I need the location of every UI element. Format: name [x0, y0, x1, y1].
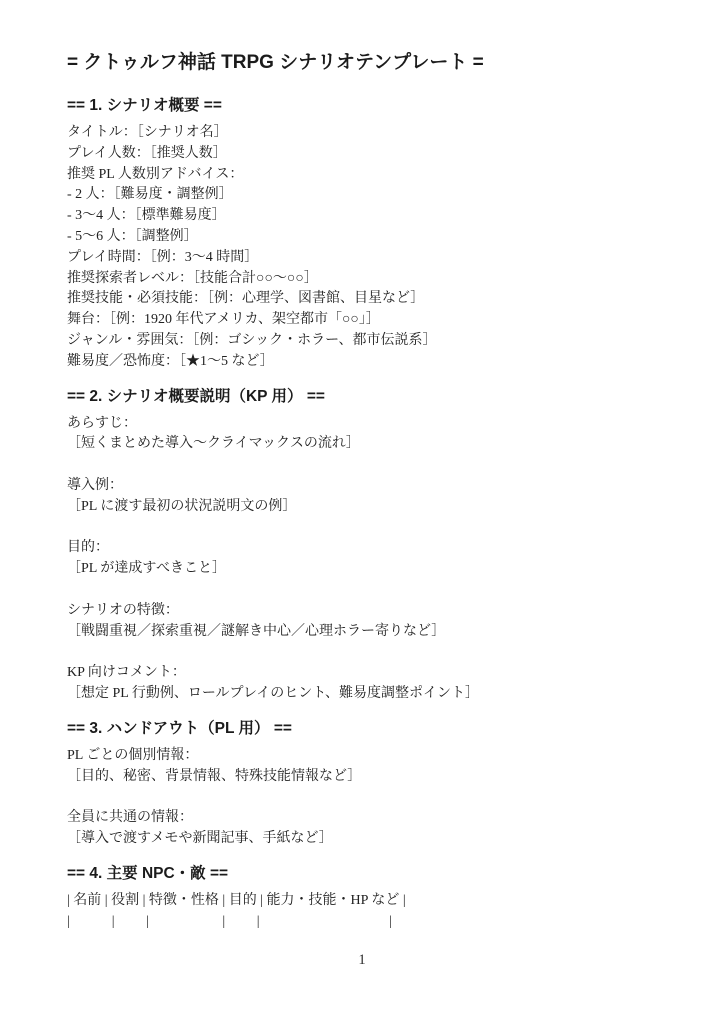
text-line: プレイ時間：［例：3〜4 時間］ — [67, 248, 668, 269]
text-line: | 名前 | 役割 | 特徴・性格 | 目的 | 能力・技能・HP など | — [67, 891, 668, 912]
document-section: == 2. シナリオ概要説明（KP 用） == あらすじ：［短くまとめた導入〜ク… — [67, 386, 668, 705]
text-line: ［PL が達成すべきこと］ — [67, 559, 668, 580]
text-line: あらすじ： — [67, 414, 668, 435]
text-line: 難易度／恐怖度：［★1〜5 など］ — [67, 352, 668, 373]
text-line: ［導入で渡すメモや新聞記事、手紙など］ — [67, 829, 668, 850]
text-line: | | | | | | — [67, 912, 668, 933]
text-line: ［PL に渡す最初の状況説明文の例］ — [67, 497, 668, 518]
text-line: ジャンル・雰囲気：［例：ゴシック・ホラー、都市伝説系］ — [67, 331, 668, 352]
text-line: KP 向けコメント： — [67, 663, 668, 684]
text-line: プレイ人数：［推奨人数］ — [67, 144, 668, 165]
document-section: == 4. 主要 NPC・敵 == | 名前 | 役割 | 特徴・性格 | 目的… — [67, 863, 668, 933]
text-line: ［短くまとめた導入〜クライマックスの流れ］ — [67, 434, 668, 455]
page-number: 1 — [0, 951, 724, 969]
section-heading: == 1. シナリオ概要 == — [67, 95, 668, 117]
document-title: = クトゥルフ神話 TRPG シナリオテンプレート = — [67, 50, 668, 76]
blank-line — [67, 455, 668, 476]
text-line: 舞台：［例：1920 年代アメリカ、架空都市「○○」］ — [67, 310, 668, 331]
blank-line — [67, 642, 668, 663]
blank-line — [67, 787, 668, 808]
text-line: PL ごとの個別情報： — [67, 746, 668, 767]
section-lines: PL ごとの個別情報：［目的、秘密、背景情報、特殊技能情報など］全員に共通の情報… — [67, 746, 668, 850]
text-line: - 2 人：［難易度・調整例］ — [67, 185, 668, 206]
text-line: - 5〜6 人：［調整例］ — [67, 227, 668, 248]
text-line: シナリオの特徴： — [67, 601, 668, 622]
document-page: = クトゥルフ神話 TRPG シナリオテンプレート = == 1. シナリオ概要… — [0, 0, 724, 1024]
text-line: 全員に共通の情報： — [67, 808, 668, 829]
text-line: 推奨 PL 人数別アドバイス： — [67, 165, 668, 186]
text-line: タイトル：［シナリオ名］ — [67, 123, 668, 144]
text-line: 目的： — [67, 538, 668, 559]
text-line: ［戦闘重視／探索重視／謎解き中心／心理ホラー寄りなど］ — [67, 622, 668, 643]
document-body: == 1. シナリオ概要 == タイトル：［シナリオ名］プレイ人数：［推奨人数］… — [67, 95, 668, 932]
document-section: == 1. シナリオ概要 == タイトル：［シナリオ名］プレイ人数：［推奨人数］… — [67, 95, 668, 373]
text-line: ［目的、秘密、背景情報、特殊技能情報など］ — [67, 767, 668, 788]
blank-line — [67, 580, 668, 601]
text-line: 推奨探索者レベル：［技能合計○○〜○○］ — [67, 269, 668, 290]
document-section: == 3. ハンドアウト（PL 用） == PL ごとの個別情報：［目的、秘密、… — [67, 718, 668, 850]
text-line: ［想定 PL 行動例、ロールプレイのヒント、難易度調整ポイント］ — [67, 684, 668, 705]
text-line: 推奨技能・必須技能：［例：心理学、図書館、目星など］ — [67, 289, 668, 310]
text-line: 導入例： — [67, 476, 668, 497]
section-heading: == 3. ハンドアウト（PL 用） == — [67, 718, 668, 740]
section-heading: == 2. シナリオ概要説明（KP 用） == — [67, 386, 668, 408]
section-lines: タイトル：［シナリオ名］プレイ人数：［推奨人数］推奨 PL 人数別アドバイス：-… — [67, 123, 668, 373]
section-heading: == 4. 主要 NPC・敵 == — [67, 863, 668, 885]
section-lines: あらすじ：［短くまとめた導入〜クライマックスの流れ］導入例：［PL に渡す最初の… — [67, 414, 668, 705]
text-line: - 3〜4 人：［標準難易度］ — [67, 206, 668, 227]
blank-line — [67, 518, 668, 539]
section-lines: | 名前 | 役割 | 特徴・性格 | 目的 | 能力・技能・HP など || … — [67, 891, 668, 933]
